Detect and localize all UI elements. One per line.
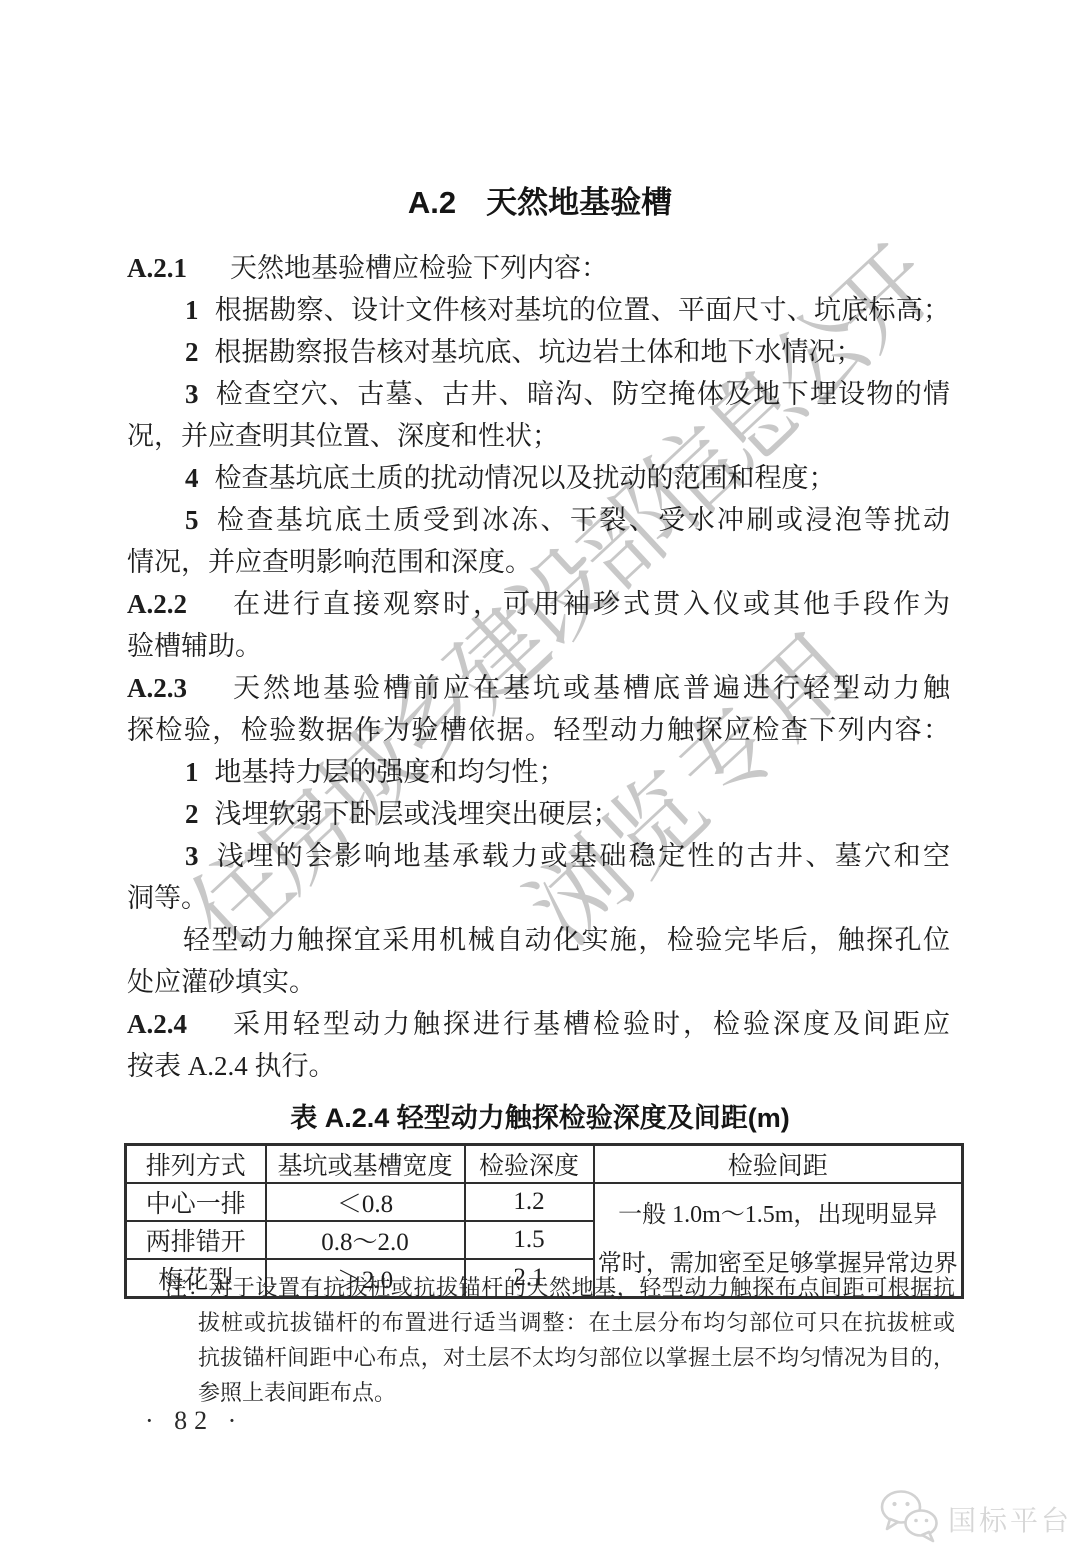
item-text: 浅埋的会影响地基承载力或基础稳定性的古井、墓穴和空 [215, 841, 951, 871]
note-line: 参照上表间距布点。 [165, 1375, 955, 1410]
content-layer: A.2天然地基验槽 A.2.1天然地基验槽应检验下列内容： 1根据勘察、设计文件… [0, 0, 1080, 1566]
item-number: 5 [185, 505, 199, 535]
document-page: 住房城乡建设部信息公开 浏览专用 A.2天然地基验槽 A.2.1天然地基验槽应检… [0, 0, 1080, 1566]
body-line: 验槽辅助。 [127, 625, 950, 667]
clause-number: A.2.2 [127, 589, 187, 619]
body-line: 探检验，检验数据作为验槽依据。轻型动力触探应检查下列内容： [127, 709, 950, 751]
table-header-row: 排列方式 基坑或基槽宽度 检验深度 检验间距 [126, 1145, 963, 1184]
note-line-text: 对于设置有抗拔桩或抗拔锚杆的天然地基，轻型动力触探布点间距可根据抗 [210, 1275, 955, 1300]
note-label: 注： [165, 1275, 210, 1300]
body-line: 情况，并应查明影响范围和深度。 [127, 541, 950, 583]
spacing-note-line: 一般 1.0m～1.5m，出现明显异 [597, 1191, 960, 1240]
note-line-text: 参照上表间距布点。 [198, 1380, 396, 1405]
body-line-text: 轻型动力触探宜采用机械自动化实施，检验完毕后，触探孔位 [183, 925, 950, 955]
clause-line: A.2.3天然地基验槽前应在基坑或基槽底普遍进行轻型动力触 [127, 667, 950, 709]
item-number: 2 [185, 337, 199, 367]
body-line: 轻型动力触探宜采用机械自动化实施，检验完毕后，触探孔位 [127, 919, 950, 961]
section-heading: A.2天然地基验槽 [0, 186, 1080, 220]
list-item-line: 3浅埋的会影响地基承载力或基础稳定性的古井、墓穴和空 [127, 835, 950, 877]
clause-text: 天然地基验槽前应在基坑或基槽底普遍进行轻型动力触 [230, 673, 950, 703]
list-item-line: 2根据勘察报告核对基坑底、坑边岩土体和地下水情况； [127, 331, 950, 373]
note-line: 拔桩或抗拔锚杆的布置进行适当调整：在土层分布均匀部位可只在抗拔桩或 [165, 1305, 955, 1340]
item-text: 检查基坑底土质受到冰冻、干裂、受水冲刷或浸泡等扰动 [215, 505, 951, 535]
body-line-text: 况，并应查明其位置、深度和性状； [127, 421, 559, 451]
note-line: 抗拔锚杆间距中心布点，对土层不太均匀部位以掌握土层不均匀情况为目的， [165, 1340, 955, 1375]
table-row: 中心一排 ＜0.8 1.2 一般 1.0m～1.5m，出现明显异 常时，需加密至… [126, 1183, 963, 1221]
item-number: 1 [185, 757, 199, 787]
note-line-text: 拔桩或抗拔锚杆的布置进行适当调整：在土层分布均匀部位可只在抗拔桩或 [198, 1310, 955, 1335]
table-header-cell: 检验深度 [465, 1145, 594, 1184]
table-cell: 1.2 [465, 1183, 594, 1221]
table-caption: 表 A.2.4 轻型动力触探检验深度及间距(m) [0, 1102, 1080, 1134]
list-item-line: 3检查空穴、古墓、古井、暗沟、防空掩体及地下埋设物的情 [127, 373, 950, 415]
body-line-text: 洞等。 [127, 883, 208, 913]
item-text: 浅埋软弱下卧层或浅埋突出硬层； [215, 799, 620, 829]
body-line-text: 验槽辅助。 [127, 631, 262, 661]
body-line-text: 按表 A.2.4 执行。 [127, 1051, 336, 1081]
clause-number: A.2.3 [127, 673, 187, 703]
section-number: A.2 [408, 185, 456, 220]
body-line: 处应灌砂填实。 [127, 961, 950, 1003]
table-cell: 1.5 [465, 1221, 594, 1259]
table-cell: 0.8～2.0 [266, 1221, 465, 1259]
body-line: 洞等。 [127, 877, 950, 919]
clause-line: A.2.2在进行直接观察时，可用袖珍式贯入仪或其他手段作为 [127, 583, 950, 625]
wechat-chat-bubbles-icon [878, 1488, 940, 1549]
list-item-line: 2浅埋软弱下卧层或浅埋突出硬层； [127, 793, 950, 835]
list-item-line: 1根据勘察、设计文件核对基坑的位置、平面尺寸、坑底标高； [127, 289, 950, 331]
clause-line: A.2.4采用轻型动力触探进行基槽检验时，检验深度及间距应 [127, 1003, 950, 1045]
list-item-line: 4检查基坑底土质的扰动情况以及扰动的范围和程度； [127, 457, 950, 499]
item-number: 2 [185, 799, 199, 829]
table-note: 注：对于设置有抗拔桩或抗拔锚杆的天然地基，轻型动力触探布点间距可根据抗 拔桩或抗… [165, 1270, 955, 1410]
table-cell: 两排错开 [126, 1221, 266, 1259]
item-text: 地基持力层的强度和均匀性； [215, 757, 566, 787]
page-number: · 82 · [145, 1406, 243, 1436]
body-line-text: 探检验，检验数据作为验槽依据。轻型动力触探应检查下列内容： [127, 715, 950, 745]
clause-text: 在进行直接观察时，可用袖珍式贯入仪或其他手段作为 [230, 589, 950, 619]
item-number: 1 [185, 295, 199, 325]
item-number: 3 [185, 379, 199, 409]
item-text: 检查空穴、古墓、古井、暗沟、防空掩体及地下埋设物的情 [215, 379, 951, 409]
clause-number: A.2.4 [127, 1009, 187, 1039]
body-line: 况，并应查明其位置、深度和性状； [127, 415, 950, 457]
note-line-text: 抗拔锚杆间距中心布点，对土层不太均匀部位以掌握土层不均匀情况为目的， [198, 1345, 955, 1370]
platform-badge: 国标平台 [878, 1488, 1072, 1549]
body-line: 按表 A.2.4 执行。 [127, 1045, 950, 1087]
body-line-text: 处应灌砂填实。 [127, 967, 316, 997]
table-cell: ＜0.8 [266, 1183, 465, 1221]
note-line: 注：对于设置有抗拔桩或抗拔锚杆的天然地基，轻型动力触探布点间距可根据抗 [165, 1270, 955, 1305]
item-text: 根据勘察、设计文件核对基坑的位置、平面尺寸、坑底标高； [215, 295, 951, 325]
table-cell: 中心一排 [126, 1183, 266, 1221]
list-item-line: 5检查基坑底土质受到冰冻、干裂、受水冲刷或浸泡等扰动 [127, 499, 950, 541]
list-item-line: 1地基持力层的强度和均匀性； [127, 751, 950, 793]
body-text: A.2.1天然地基验槽应检验下列内容： 1根据勘察、设计文件核对基坑的位置、平面… [127, 247, 950, 1087]
clause-text: 天然地基验槽应检验下列内容： [230, 253, 608, 283]
body-line-text: 情况，并应查明影响范围和深度。 [127, 547, 532, 577]
item-text: 检查基坑底土质的扰动情况以及扰动的范围和程度； [215, 463, 836, 493]
platform-badge-label: 国标平台 [948, 1499, 1072, 1539]
item-number: 3 [185, 841, 199, 871]
table-header-cell: 排列方式 [126, 1145, 266, 1184]
item-text: 根据勘察报告核对基坑底、坑边岩土体和地下水情况； [215, 337, 863, 367]
table-header-cell: 检验间距 [594, 1145, 963, 1184]
item-number: 4 [185, 463, 199, 493]
clause-number: A.2.1 [127, 253, 187, 283]
table-header-cell: 基坑或基槽宽度 [266, 1145, 465, 1184]
section-title: 天然地基验槽 [486, 185, 672, 220]
clause-line: A.2.1天然地基验槽应检验下列内容： [127, 247, 950, 289]
clause-text: 采用轻型动力触探进行基槽检验时，检验深度及间距应 [230, 1009, 950, 1039]
